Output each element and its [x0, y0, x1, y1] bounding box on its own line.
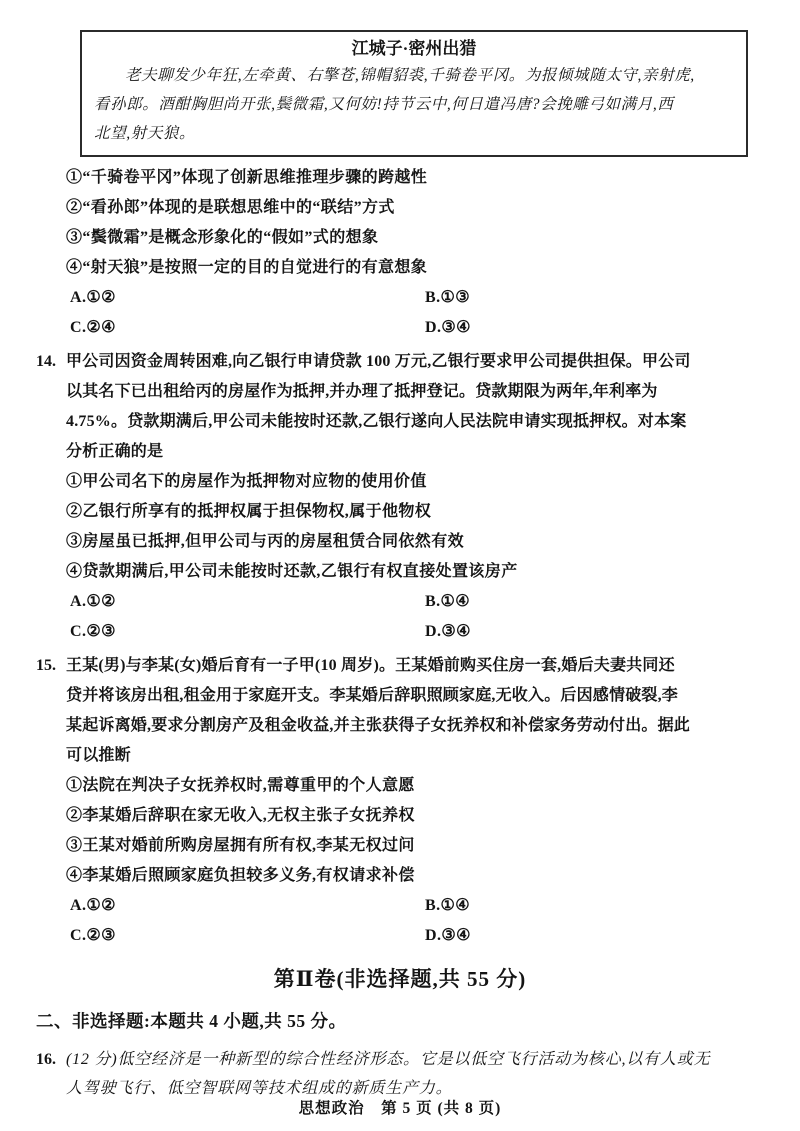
option-line: ③王某对婚前所购房屋拥有所有权,李某无权过问 — [0, 831, 770, 861]
question-line: 4.75%。贷款期满后,甲公司未能按时还款,乙银行遂向人民法院申请实现抵押权。对… — [0, 407, 770, 437]
answer-choice-a: A.①② — [70, 283, 425, 313]
option-line: ④李某婚后照顾家庭负担较多义务,有权请求补偿 — [0, 861, 770, 891]
answer-row: C.②③ D.③④ — [0, 617, 770, 647]
answer-row: C.②③ D.③④ — [0, 921, 770, 951]
question-line: 以其名下已出租给丙的房屋作为抵押,并办理了抵押登记。贷款期限为两年,年利率为 — [0, 377, 770, 407]
answer-choice-c: C.②③ — [70, 617, 425, 647]
exam-paper-page: 江城子·密州出猎 老夫聊发少年狂,左牵黄、右擎苍,锦帽貂裘,千骑卷平冈。为报倾城… — [0, 0, 800, 1131]
option-line: ②乙银行所享有的抵押权属于担保物权,属于他物权 — [0, 497, 770, 527]
poem-line: 北望,射天狼。 — [94, 119, 734, 148]
option-line: ①法院在判决子女抚养权时,需尊重甲的个人意愿 — [0, 771, 770, 801]
poem-title: 江城子·密州出猎 — [94, 37, 734, 61]
answer-choice-a: A.①② — [70, 587, 425, 617]
option-line: ①甲公司名下的房屋作为抵押物对应物的使用价值 — [0, 467, 770, 497]
answer-row: A.①② B.①④ — [0, 891, 770, 921]
option-line: ③“鬓微霜”是概念形象化的“假如”式的想象 — [0, 223, 766, 253]
section-2-instruction: 二、非选择题:本题共 4 小题,共 55 分。 — [36, 1009, 766, 1033]
page-footer: 思想政治 第 5 页 (共 8 页) — [0, 1096, 800, 1118]
answer-row: C.②④ D.③④ — [0, 313, 766, 343]
option-line: ③房屋虽已抵押,但甲公司与丙的房屋租赁合同依然有效 — [0, 527, 770, 557]
answer-choice-d: D.③④ — [425, 921, 471, 951]
question-line: (12 分)低空经济是一种新型的综合性经济形态。它是以低空飞行活动为核心,以有人… — [0, 1045, 770, 1074]
option-line: ②李某婚后辞职在家无收入,无权主张子女抚养权 — [0, 801, 770, 831]
question-14: 14. 甲公司因资金周转困难,向乙银行申请贷款 100 万元,乙银行要求甲公司提… — [0, 347, 770, 647]
question-line: 贷并将该房出租,租金用于家庭开支。李某婚后辞职照顾家庭,无收入。后因感情破裂,李 — [0, 681, 770, 711]
section-2-title: 第Ⅱ卷(非选择题,共 55 分) — [0, 964, 800, 994]
question-line: 分析正确的是 — [0, 437, 770, 467]
answer-choice-b: B.①④ — [425, 891, 470, 921]
option-line: ②“看孙郎”体现的是联想思维中的“联结”方式 — [0, 193, 766, 223]
option-line: ④贷款期满后,甲公司未能按时还款,乙银行有权直接处置该房产 — [0, 557, 770, 587]
answer-choice-d: D.③④ — [425, 313, 471, 343]
answer-row: A.①② B.①③ — [0, 283, 766, 313]
answer-choice-c: C.②③ — [70, 921, 425, 951]
question-number: 14. — [36, 347, 56, 377]
answer-choice-b: B.①③ — [425, 283, 470, 313]
answer-row: A.①② B.①④ — [0, 587, 770, 617]
question-number: 15. — [36, 651, 56, 681]
poem-box: 江城子·密州出猎 老夫聊发少年狂,左牵黄、右擎苍,锦帽貂裘,千骑卷平冈。为报倾城… — [80, 30, 748, 157]
option-line: ④“射天狼”是按照一定的目的自觉进行的有意想象 — [0, 253, 766, 283]
answer-choice-a: A.①② — [70, 891, 425, 921]
answer-choice-b: B.①④ — [425, 587, 470, 617]
question-line: 王某(男)与李某(女)婚后育有一子甲(10 周岁)。王某婚前购买住房一套,婚后夫… — [0, 651, 770, 681]
question-line: 可以推断 — [0, 741, 770, 771]
poem-line: 看孙郎。酒酣胸胆尚开张,鬓微霜,又何妨!持节云中,何日遣冯唐?会挽雕弓如满月,西 — [94, 90, 734, 119]
poem-line: 老夫聊发少年狂,左牵黄、右擎苍,锦帽貂裘,千骑卷平冈。为报倾城随太守,亲射虎, — [94, 61, 734, 90]
answer-choice-c: C.②④ — [70, 313, 425, 343]
question-line: 甲公司因资金周转困难,向乙银行申请贷款 100 万元,乙银行要求甲公司提供担保。… — [0, 347, 770, 377]
option-line: ①“千骑卷平冈”体现了创新思维推理步骤的跨越性 — [0, 163, 766, 193]
answer-choice-d: D.③④ — [425, 617, 471, 647]
question-number: 16. — [36, 1045, 56, 1075]
question-15: 15. 王某(男)与李某(女)婚后育有一子甲(10 周岁)。王某婚前购买住房一套… — [0, 651, 770, 951]
question-13-options: ①“千骑卷平冈”体现了创新思维推理步骤的跨越性 ②“看孙郎”体现的是联想思维中的… — [0, 163, 766, 343]
question-16: 16. (12 分)低空经济是一种新型的综合性经济形态。它是以低空飞行活动为核心… — [0, 1045, 770, 1103]
question-line: 某起诉离婚,要求分割房产及租金收益,并主张获得子女抚养权和补偿家务劳动付出。据此 — [0, 711, 770, 741]
